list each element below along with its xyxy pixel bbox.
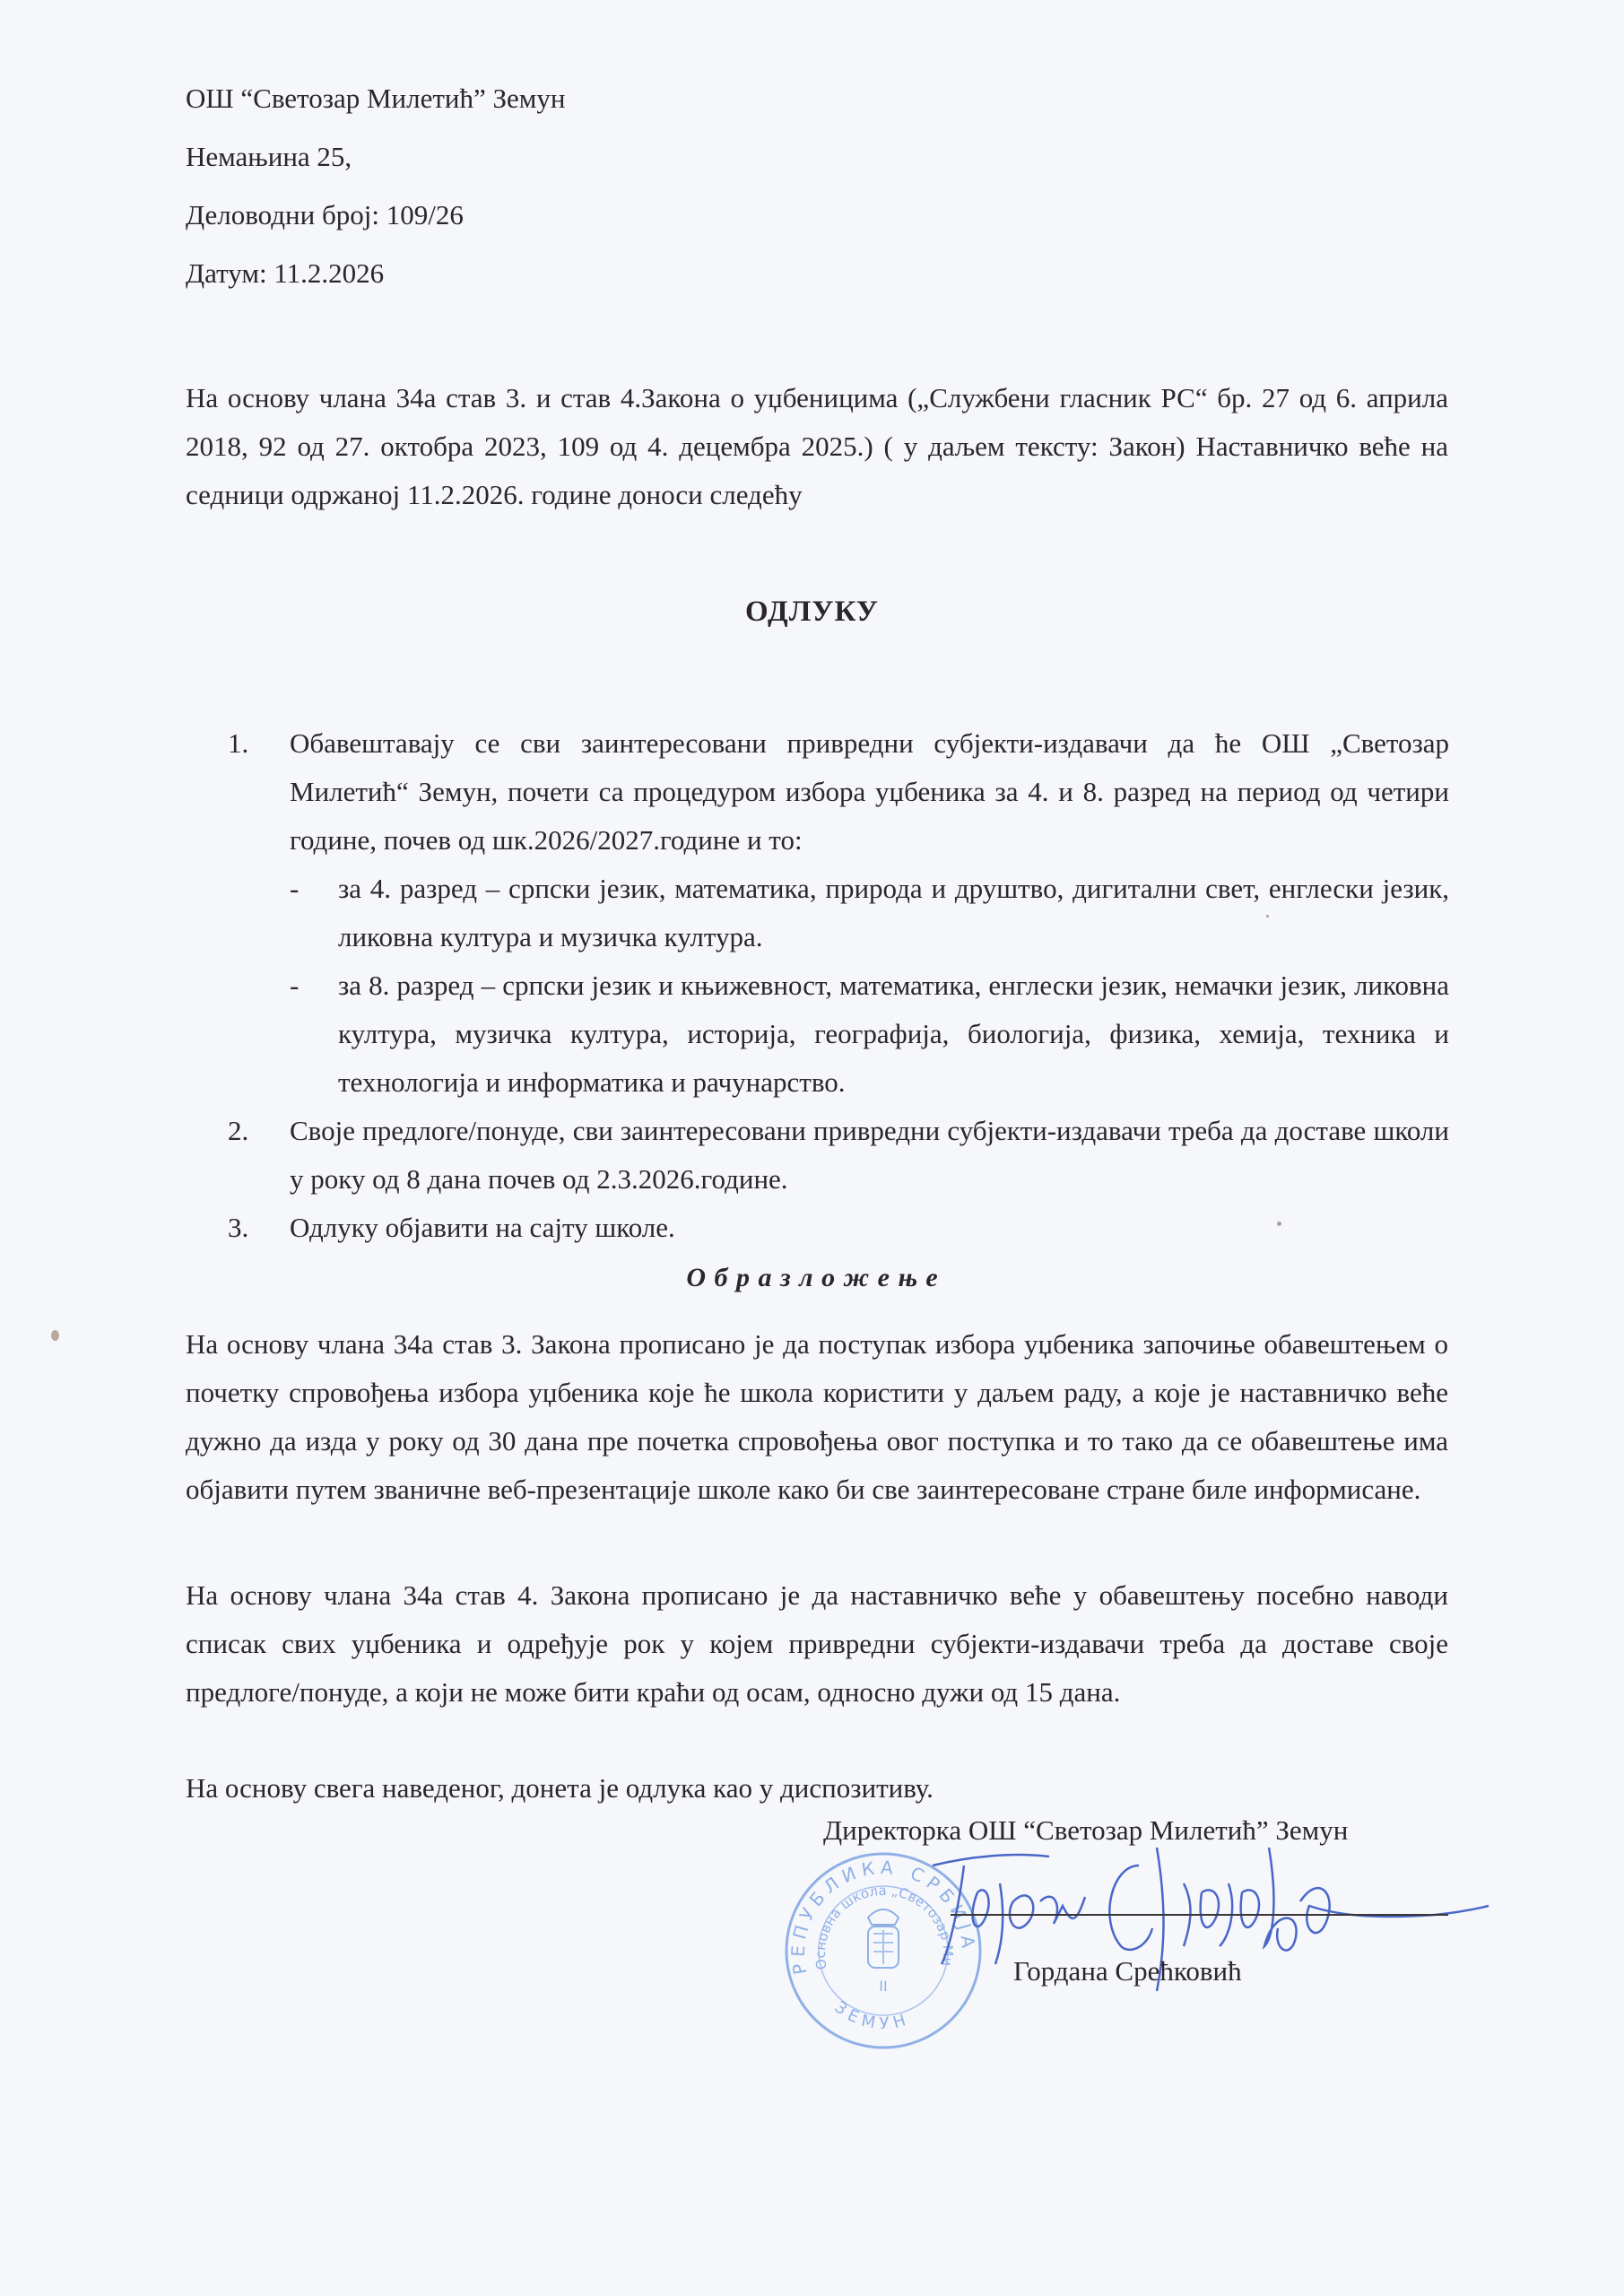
reasoning-paragraph-3: На основу свега наведеног, донета је одл…	[186, 1764, 1448, 1813]
decision-title: ОДЛУКУ	[0, 596, 1624, 629]
item-text: Обавештавају се сви заинтересовани привр…	[290, 719, 1449, 865]
school-address: Немањина 25,	[186, 141, 352, 173]
document-page: ОШ “Светозар Милетић” Земун Немањина 25,…	[0, 0, 1624, 2296]
dash-bullet: -	[290, 865, 299, 913]
subitem-grade-8: - за 8. разред – српски језик и књижевно…	[228, 961, 1449, 1107]
scan-speck	[51, 1330, 59, 1341]
decision-list: 1. Обавештавају се сви заинтересовани пр…	[228, 719, 1449, 1252]
item-text: Одлуку објавити на сајту школе.	[290, 1204, 1449, 1252]
preamble-paragraph: На основу члана 34а став 3. и став 4.Зак…	[186, 374, 1448, 519]
scan-speck	[1266, 915, 1269, 918]
decision-item-1: 1. Обавештавају се сви заинтересовани пр…	[228, 719, 1449, 1107]
scan-speck	[1277, 1222, 1281, 1226]
reasoning-paragraph-1: На основу члана 34а став 3. Закона пропи…	[186, 1320, 1448, 1514]
signature-line	[951, 1914, 1448, 1916]
decision-item-2: 2. Своје предлоге/понуде, сви заинтересо…	[228, 1107, 1449, 1204]
item-number: 3.	[228, 1204, 248, 1252]
item-number: 2.	[228, 1107, 248, 1155]
reference-number: Деловодни број: 109/26	[186, 199, 464, 231]
decision-item-3: 3. Одлуку објавити на сајту школе.	[228, 1204, 1449, 1252]
subitem-text: за 8. разред – српски језик и књижевност…	[338, 961, 1449, 1107]
svg-text:II: II	[879, 1978, 887, 1995]
dash-bullet: -	[290, 961, 299, 1010]
item-number: 1.	[228, 719, 248, 768]
document-date: Датум: 11.2.2026	[186, 257, 384, 290]
reasoning-title: О б р а з л о ж е њ е	[0, 1263, 1624, 1293]
school-name: ОШ “Светозар Милетић” Земун	[186, 83, 565, 115]
item-text: Своје предлоге/понуде, сви заинтересован…	[290, 1107, 1449, 1204]
svg-text:ЗЕМУН: ЗЕМУН	[831, 1998, 914, 2034]
subitem-text: за 4. разред – српски језик, математика,…	[338, 865, 1449, 961]
reasoning-paragraph-2: На основу члана 34а став 4. Закона пропи…	[186, 1571, 1448, 1717]
subitem-grade-4: - за 4. разред – српски језик, математик…	[228, 865, 1449, 961]
signer-name: Гордана Срећковић	[1013, 1955, 1242, 1987]
